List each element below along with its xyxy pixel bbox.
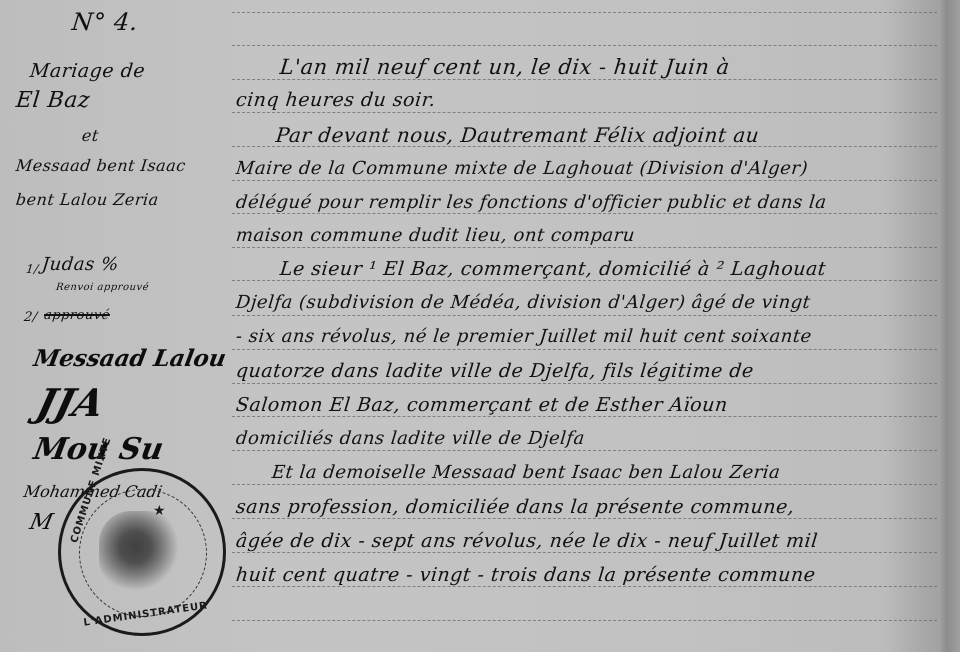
ruled-line <box>232 12 942 13</box>
signature: M <box>27 510 55 535</box>
ruled-line <box>232 247 942 248</box>
ruled-line <box>232 280 942 281</box>
ruled-line <box>232 349 942 350</box>
body-line: Et la demoiselle Messaad bent Isaac ben … <box>271 462 782 483</box>
marginal-note-struck: approuvé <box>43 308 110 323</box>
margin-title-line: et <box>81 126 100 145</box>
ruled-line <box>232 180 942 181</box>
body-line: délégué pour remplir les fonctions d'off… <box>235 192 828 213</box>
ruled-line <box>232 450 942 451</box>
ruled-line <box>232 518 942 519</box>
body-line: cinq heures du soir. <box>235 89 437 111</box>
star-icon: ★ <box>153 503 166 519</box>
ruled-line <box>232 484 942 485</box>
signature: Messaad Lalou <box>32 345 229 372</box>
marginal-note-marker: 2/ <box>23 310 38 325</box>
record-number: N° 4. <box>71 8 140 36</box>
ruled-line <box>232 620 942 621</box>
body-line: domiciliés dans ladite ville de Djelfa <box>235 428 586 449</box>
stamp-emblem-icon <box>99 511 179 591</box>
official-stamp: COMMUNE MIXTE L'ADMINISTRATEUR ★ <box>58 468 226 636</box>
ruled-line <box>232 416 942 417</box>
page-binding-edge <box>938 0 960 652</box>
marginal-note-approval: Renvoi approuvé <box>55 282 149 293</box>
body-line: Salomon El Baz, commerçant et de Esther … <box>235 394 729 416</box>
margin-title-line: Messaad bent Isaac <box>15 156 187 175</box>
body-line: Maire de la Commune mixte de Laghouat (D… <box>235 158 809 179</box>
ruled-line <box>232 586 942 587</box>
margin-title-line: El Baz <box>15 88 92 113</box>
body-line: L'an mil neuf cent un, le dix - huit Jui… <box>279 55 731 79</box>
ruled-line <box>232 552 942 553</box>
ruled-line <box>232 213 942 214</box>
margin-title-line: Mariage de <box>29 60 146 82</box>
body-line: sans profession, domiciliée dans la prés… <box>235 496 796 518</box>
ruled-line <box>232 112 942 113</box>
ruled-line <box>232 79 942 80</box>
ruled-line <box>232 45 942 46</box>
margin-title-line: bent Lalou Zeria <box>15 190 160 209</box>
body-line: âgée de dix - sept ans révolus, née le d… <box>235 530 819 552</box>
scanned-document-page: N° 4. Mariage de El Baz et Messaad bent … <box>0 0 960 652</box>
body-line: Le sieur ¹ El Baz, commerçant, domicilié… <box>279 258 827 280</box>
marginal-note-text: Judas % <box>41 254 120 275</box>
body-line: quatorze dans ladite ville de Djelfa, fi… <box>235 360 755 382</box>
body-line: Djelfa (subdivision de Médéa, division d… <box>235 292 812 313</box>
body-line: huit cent quatre - vingt - trois dans la… <box>235 564 817 586</box>
body-line: maison commune dudit lieu, ont comparu <box>235 225 636 246</box>
body-line: Par devant nous, Dautremant Félix adjoin… <box>275 123 761 147</box>
marginal-note-marker: 1/ <box>25 262 39 276</box>
body-line: - six ans révolus, né le premier Juillet… <box>235 326 813 347</box>
signature: JJA <box>32 380 109 425</box>
ruled-line <box>232 315 942 316</box>
ruled-line <box>232 383 942 384</box>
